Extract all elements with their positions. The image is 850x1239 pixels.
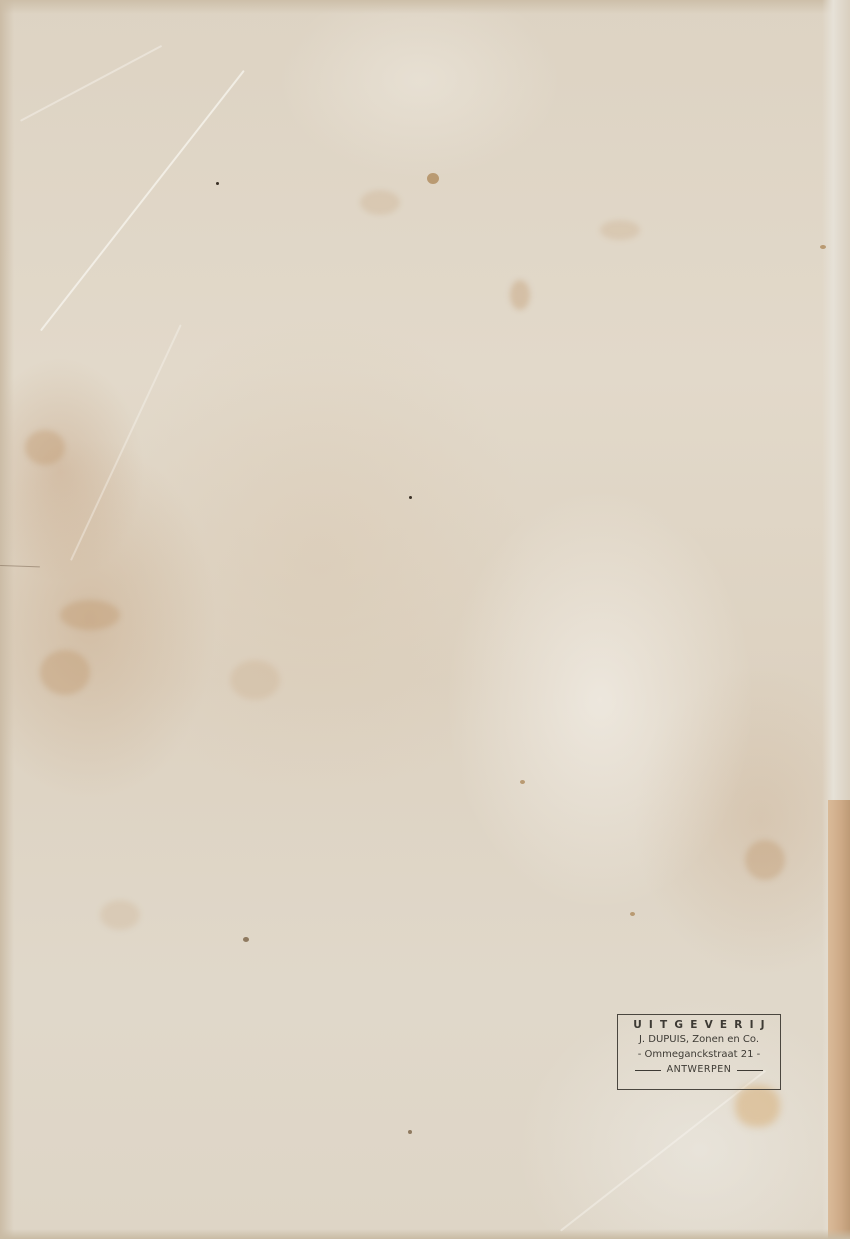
stain <box>230 660 280 700</box>
spot <box>820 245 826 249</box>
stamp-city-row: ANTWERPEN <box>618 1062 780 1078</box>
stamp-company: J. DUPUIS, Zonen en Co. <box>618 1032 780 1047</box>
stain <box>745 840 785 880</box>
book-back-cover: UITGEVERIJ J. DUPUIS, Zonen en Co. - Omm… <box>0 0 850 1239</box>
stain <box>100 900 140 930</box>
spot <box>216 182 219 185</box>
cover-edge-left <box>0 0 14 1239</box>
stain <box>360 190 400 215</box>
stamp-address: - Ommeganckstraat 21 - <box>618 1047 780 1062</box>
stamp-heading: UITGEVERIJ <box>625 1018 780 1032</box>
stain <box>510 280 530 310</box>
stamp-rule-left <box>635 1070 661 1071</box>
stain <box>40 650 90 695</box>
spine-strip <box>828 800 850 1239</box>
stain <box>60 600 120 630</box>
cover-edge-bottom <box>0 1229 850 1239</box>
crease <box>70 324 182 560</box>
spot <box>427 173 439 184</box>
spot <box>243 937 249 942</box>
spot <box>630 912 635 916</box>
stamp-rule-right <box>737 1070 763 1071</box>
spot <box>520 780 525 784</box>
cover-edge-top <box>0 0 850 14</box>
stamp-city: ANTWERPEN <box>667 1062 732 1078</box>
crease <box>20 45 162 122</box>
spot <box>409 496 412 499</box>
spot <box>408 1130 412 1134</box>
crease <box>40 70 245 331</box>
stain <box>600 220 640 240</box>
publisher-stamp: UITGEVERIJ J. DUPUIS, Zonen en Co. - Omm… <box>617 1014 781 1090</box>
stain <box>25 430 65 465</box>
orange-stain <box>735 1085 780 1127</box>
crease <box>560 1070 766 1232</box>
